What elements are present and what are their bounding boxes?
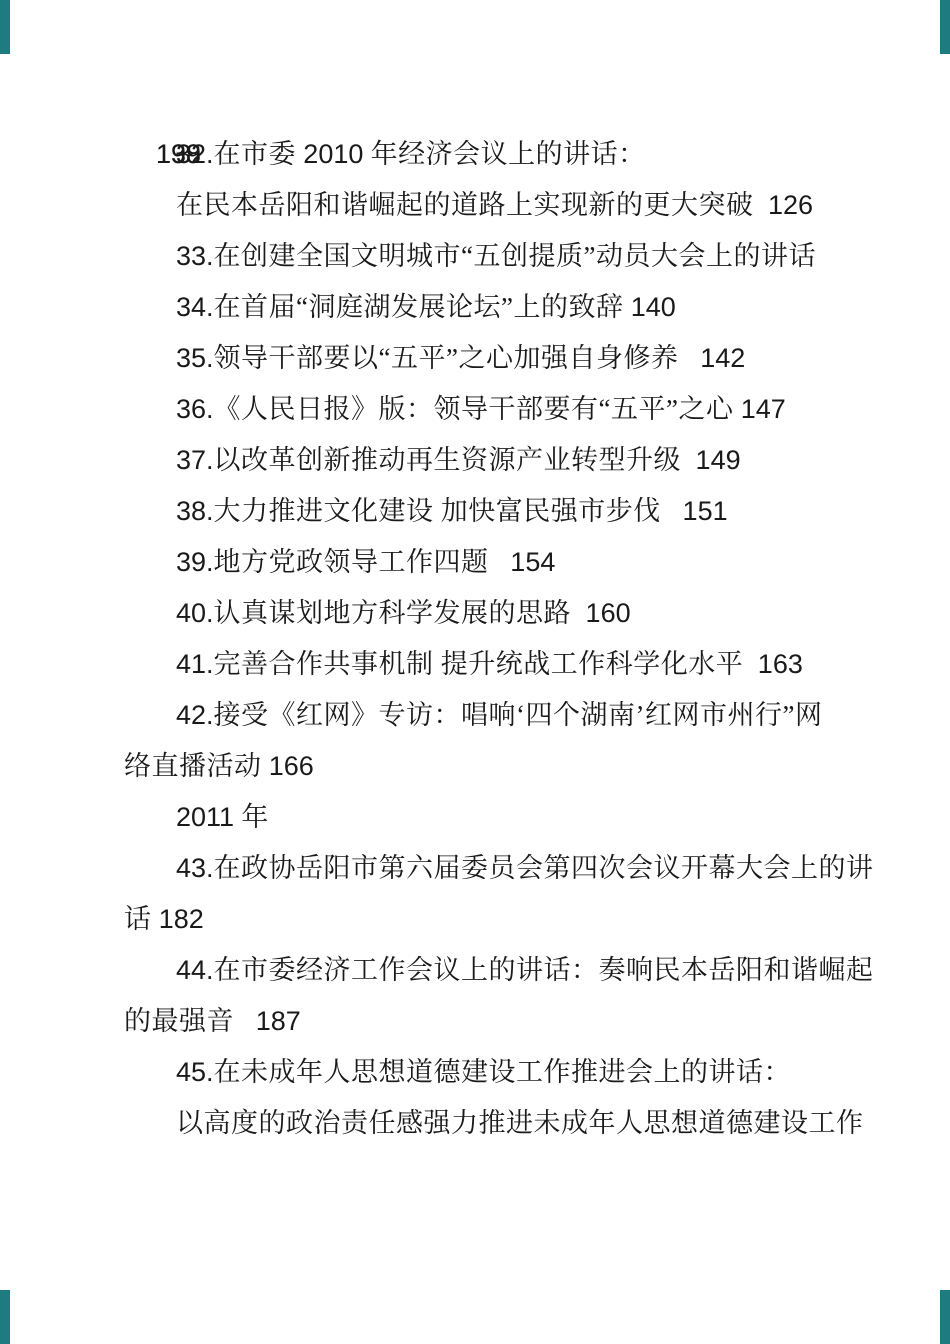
toc-line: 39.地方党政领导工作四题 154 (0, 537, 950, 588)
toc-line: 2011 年 (0, 792, 950, 843)
page-number: 2011 (176, 802, 234, 832)
page-number: 40. (176, 598, 214, 628)
toc-line: 199 (0, 0, 950, 129)
toc-line: 43.在政协岳阳市第六届委员会第四次会议开幕大会上的讲 (0, 843, 950, 894)
page-number: 39. (176, 547, 214, 577)
toc-line: 44.在市委经济工作会议上的讲话：奏响民本岳阳和谐崛起 (0, 945, 950, 996)
toc-line: 36.《人民日报》版：领导干部要有“五平”之心 147 (0, 384, 950, 435)
toc-line: 37.以改革创新推动再生资源产业转型升级 149 (0, 435, 950, 486)
page-number: 140 (631, 292, 676, 322)
toc-line: 32.在市委 2010 年经济会议上的讲话： (0, 129, 950, 180)
page-number: 163 (758, 649, 803, 679)
page-number: 33. (176, 241, 214, 271)
toc-line: 33.在创建全国文明城市“五创提质”动员大会上的讲话 (0, 231, 950, 282)
toc-line: 35.领导干部要以“五平”之心加强自身修养 142 (0, 333, 950, 384)
toc-line: 以高度的政治责任感强力推进未成年人思想道德建设工作 (0, 1098, 950, 1149)
toc-line: 41.完善合作共事机制 提升统战工作科学化水平 163 (0, 639, 950, 690)
page-number: 151 (683, 496, 728, 526)
toc-line: 话 182 (0, 894, 950, 945)
toc-line: 34.在首届“洞庭湖发展论坛”上的致辞 140 (0, 282, 950, 333)
page-number: 182 (159, 904, 204, 934)
page-number: 42. (176, 700, 214, 730)
page-number: 142 (700, 343, 745, 373)
page-number: 36. (176, 394, 214, 424)
page-number: 199 (156, 139, 201, 169)
page-number: 38. (176, 496, 214, 526)
page-number: 147 (741, 394, 786, 424)
page-number: 149 (696, 445, 741, 475)
page-number: 126 (768, 190, 813, 220)
toc-line: 38.大力推进文化建设 加快富民强市步伐 151 (0, 486, 950, 537)
page-number: 160 (586, 598, 631, 628)
page-number: 43. (176, 853, 214, 883)
toc-line: 45.在未成年人思想道德建设工作推进会上的讲话： (0, 1047, 950, 1098)
page-number: 2010 (303, 139, 363, 169)
toc-line: 在民本岳阳和谐崛起的道路上实现新的更大突破 126 (0, 180, 950, 231)
page-number: 44. (176, 955, 214, 985)
toc-line: 40.认真谋划地方科学发展的思路 160 (0, 588, 950, 639)
page-number: 45. (176, 1057, 214, 1087)
page-number: 187 (256, 1006, 301, 1036)
page-number: 41. (176, 649, 214, 679)
page-number: 166 (269, 751, 314, 781)
page-number: 34. (176, 292, 214, 322)
document-page: 32.在市委 2010 年经济会议上的讲话：在民本岳阳和谐崛起的道路上实现新的更… (0, 0, 950, 1344)
page-number: 35. (176, 343, 214, 373)
toc-line: 的最强音 187 (0, 996, 950, 1047)
page-number: 37. (176, 445, 214, 475)
page-number: 154 (510, 547, 555, 577)
toc-line: 42.接受《红网》专访：唱响‘四个湖南’红网市州行”网 (0, 690, 950, 741)
toc-line: 络直播活动 166 (0, 741, 950, 792)
